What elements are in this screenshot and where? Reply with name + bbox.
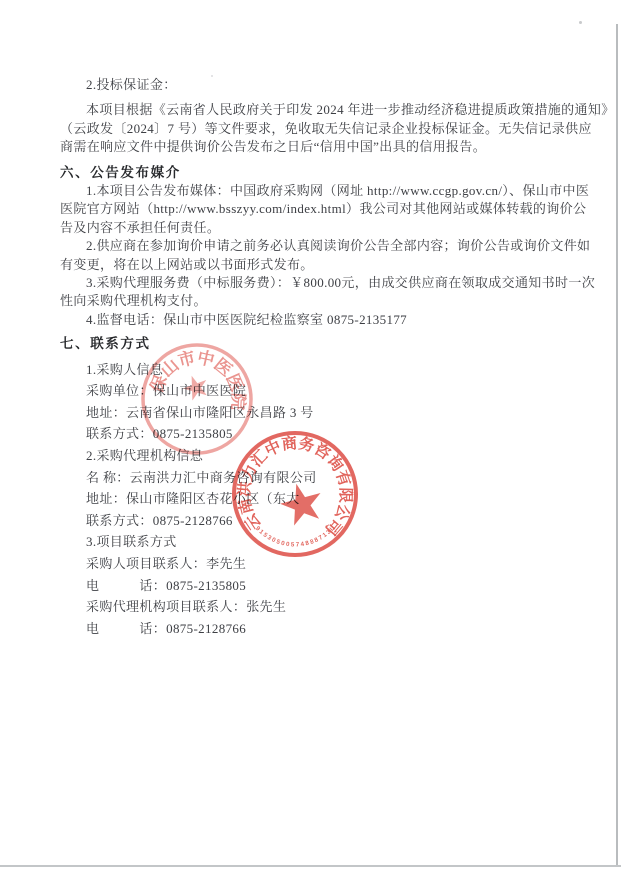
- section-notice-body: 2.投标保证金：本项目根据《云南省人民政府关于印发 2024 年进一步推动经济稳…: [60, 76, 587, 329]
- doc-line: 3.采购代理服务费（中标服务费）：￥800.00元，由成交供应商在领取成交通知书…: [60, 274, 587, 292]
- section-contact-info: 七、联系方式1.采购人信息采购单位：保山市中医医院地址：云南省保山市隆阳区永昌路…: [60, 333, 587, 639]
- doc-line: 有变更，将在以上网站或以书面形式发布。: [60, 256, 587, 274]
- scan-edge-right: [616, 24, 618, 867]
- document-page: 2.投标保证金：本项目根据《云南省人民政府关于印发 2024 年进一步推动经济稳…: [0, 0, 621, 873]
- doc-line: 4.监督电话：保山市中医医院纪检监察室 0875-2135177: [60, 311, 587, 329]
- doc-line: 2.投标保证金：: [60, 76, 587, 94]
- doc-line: 电 话：0875-2135805: [60, 575, 587, 597]
- scan-speck: [579, 21, 582, 24]
- doc-line: 性向采购代理机构支付。: [60, 292, 587, 310]
- doc-line: 2.采购代理机构信息: [60, 445, 587, 467]
- doc-line: 采购单位：保山市中医医院: [60, 380, 587, 402]
- scan-speck: [594, 114, 596, 116]
- doc-line: 地址：保山市隆阳区杏花小区（东大: [60, 488, 587, 510]
- doc-line: 名 称：云南洪力汇中商务咨询有限公司: [60, 467, 587, 489]
- section-heading: 六、公告发布媒介: [60, 164, 587, 182]
- doc-line: 商需在响应文件中提供询价公告发布之日后“信用中国”出具的信用报告。: [60, 138, 587, 156]
- doc-line: 3.项目联系方式: [60, 531, 587, 553]
- doc-line: 本项目根据《云南省人民政府关于印发 2024 年进一步推动经济稳进提质政策措施的…: [60, 101, 587, 119]
- doc-line: 采购人项目联系人：李先生: [60, 553, 587, 575]
- scan-edge-bottom: [0, 865, 621, 867]
- section-heading: 七、联系方式: [60, 333, 587, 355]
- scan-speck: [211, 75, 213, 77]
- doc-line: 1.采购人信息: [60, 359, 587, 381]
- doc-line: 告及内容不承担任何责任。: [60, 219, 587, 237]
- doc-line: 电 话：0875-2128766: [60, 618, 587, 640]
- doc-line: （云政发〔2024〕7 号）等文件要求，免收取无失信记录企业投标保证金。无失信记…: [60, 120, 587, 138]
- doc-line: 地址：云南省保山市隆阳区永昌路 3 号: [60, 402, 587, 424]
- doc-line: 采购代理机构项目联系人：张先生: [60, 596, 587, 618]
- doc-line: 联系方式：0875-2128766: [60, 510, 587, 532]
- doc-line: 2.供应商在参加询价申请之前务必认真阅读询价公告全部内容；询价公告或询价文件如: [60, 237, 587, 255]
- doc-line: 1.本项目公告发布媒体：中国政府采购网（网址 http://www.ccgp.g…: [60, 182, 587, 200]
- doc-line: 联系方式：0875-2135805: [60, 423, 587, 445]
- doc-line: 医院官方网站（http://www.bsszyy.com/index.html）…: [60, 200, 587, 218]
